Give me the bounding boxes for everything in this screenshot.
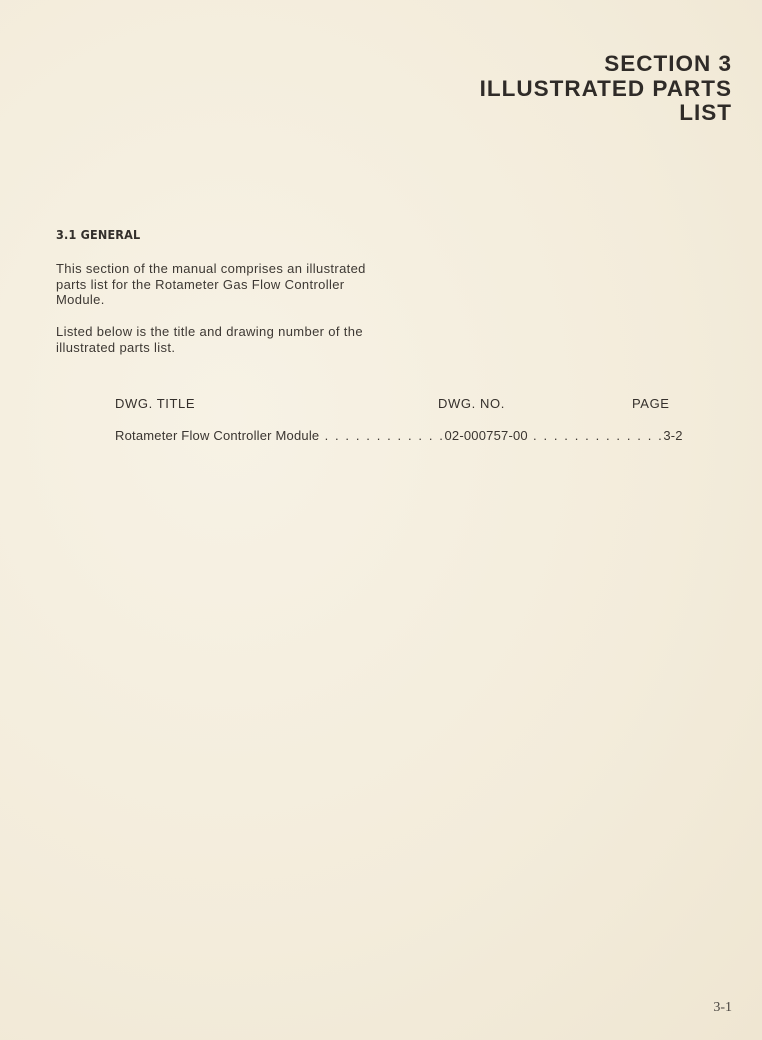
dot-leader: . . . . . . . . . . . .: [319, 428, 444, 443]
drawing-title: Rotameter Flow Controller Module: [115, 428, 319, 443]
listing-paragraph: Listed below is the title and drawing nu…: [56, 324, 386, 355]
section-title: SECTION 3 ILLUSTRATED PARTS LIST: [480, 52, 732, 126]
section-title-line-2: ILLUSTRATED PARTS: [480, 77, 732, 102]
section-title-line-3: LIST: [480, 101, 732, 126]
drawing-page: 3-2: [663, 428, 682, 443]
column-header-dwg-no: DWG. NO.: [438, 396, 505, 411]
dot-leader: . . . . . . . . . . . . .: [528, 428, 664, 443]
table-row: Rotameter Flow Controller Module . . . .…: [115, 428, 683, 443]
drawing-number: 02-000757-00: [444, 428, 527, 443]
column-header-dwg-title: DWG. TITLE: [115, 396, 195, 411]
column-header-page: PAGE: [632, 396, 670, 411]
intro-paragraph: This section of the manual comprises an …: [56, 261, 386, 308]
general-heading: 3.1 GENERAL: [56, 227, 140, 242]
page-number: 3-1: [713, 1000, 732, 1016]
section-title-line-1: SECTION 3: [480, 52, 732, 77]
